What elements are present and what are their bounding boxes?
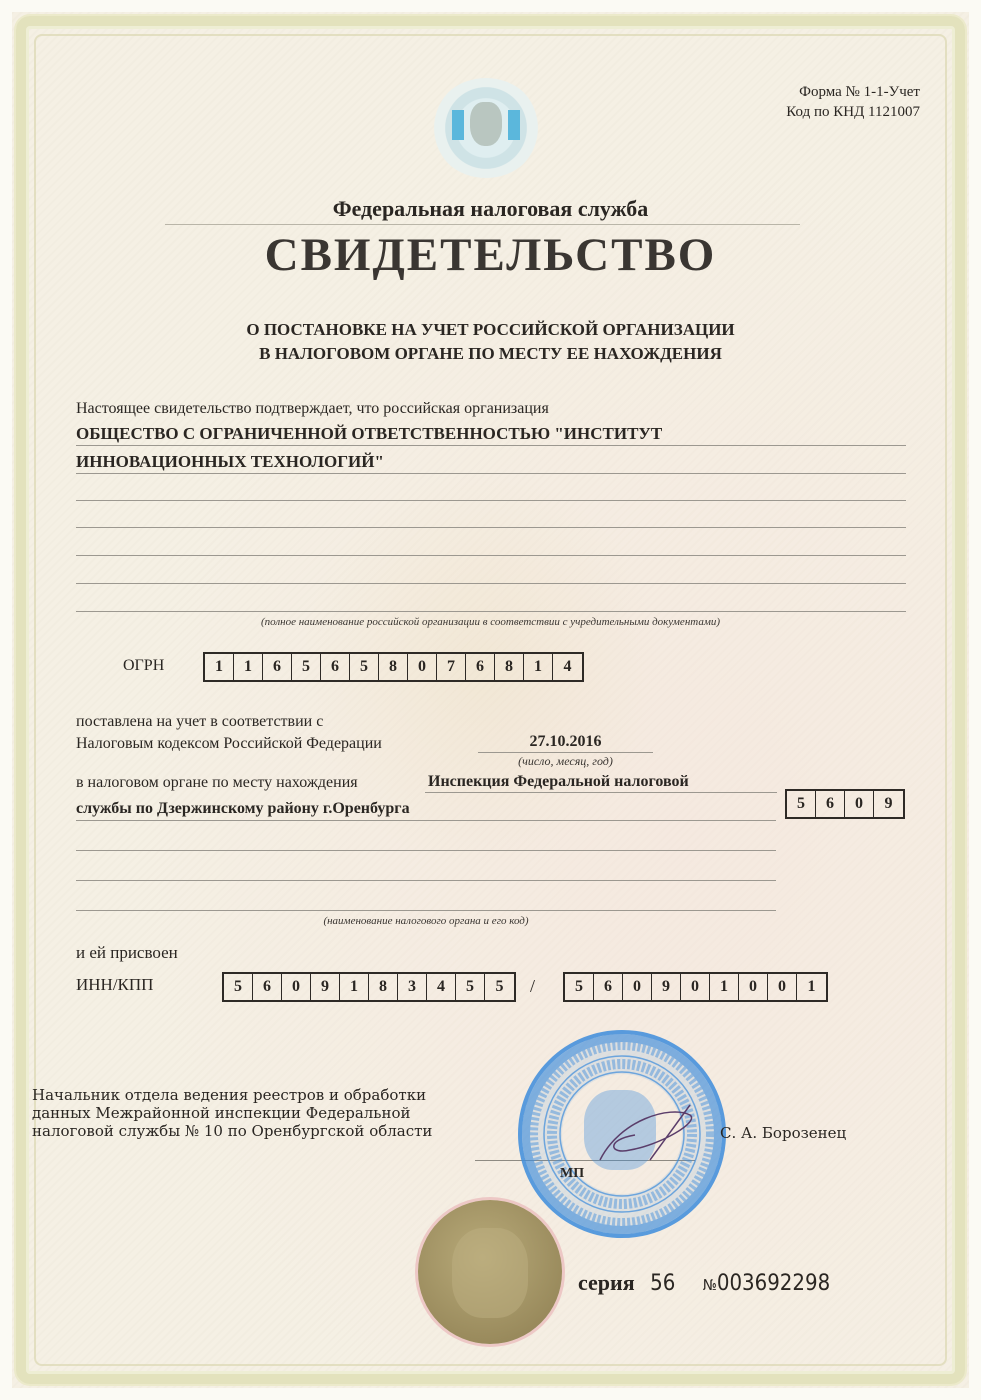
ogrn-digit-boxes: 1165658076814	[203, 652, 584, 682]
digit-cell: 6	[263, 654, 292, 680]
embossed-eagle-icon	[452, 1228, 528, 1318]
form-info: Форма № 1-1-Учет Код по КНД 1121007	[720, 82, 920, 122]
digit-cell: 0	[681, 974, 710, 1000]
digit-cell: 0	[739, 974, 768, 1000]
organization-name-line-1: ОБЩЕСТВО С ОГРАНИЧЕННОЙ ОТВЕТСТВЕННОСТЬЮ…	[76, 424, 662, 444]
digit-cell: 5	[350, 654, 379, 680]
inn-kpp-separator: /	[530, 976, 535, 997]
stamp-place-mark: МП	[560, 1166, 584, 1182]
position-line-3: налоговой службы № 10 по Оренбургской об…	[32, 1122, 432, 1140]
digit-cell: 5	[224, 974, 253, 1000]
digit-cell: 4	[427, 974, 456, 1000]
authority-name-line-2: службы по Дзержинскому району г.Оренбург…	[76, 800, 410, 818]
kpp-digit-boxes: 560901001	[563, 972, 828, 1002]
digit-cell: 3	[398, 974, 427, 1000]
form-line	[76, 473, 906, 474]
form-line	[76, 500, 906, 501]
form-line	[76, 910, 776, 911]
assigned-label: и ей присвоен	[76, 943, 178, 963]
digit-cell: 6	[594, 974, 623, 1000]
form-number: Форма № 1-1-Учет	[720, 82, 920, 102]
knd-code: Код по КНД 1121007	[720, 102, 920, 122]
digit-cell: 0	[845, 791, 874, 817]
digit-cell: 6	[816, 791, 845, 817]
signatory-name: С. А. Борозенец	[720, 1124, 846, 1142]
digit-cell: 5	[787, 791, 816, 817]
agency-divider	[165, 224, 800, 225]
digit-cell: 1	[205, 654, 234, 680]
digit-cell: 0	[408, 654, 437, 680]
digit-cell: 8	[369, 974, 398, 1000]
digit-cell: 8	[379, 654, 408, 680]
digit-cell: 0	[623, 974, 652, 1000]
hologram-stripe-right	[508, 110, 520, 140]
digit-cell: 6	[253, 974, 282, 1000]
signatory-position: Начальник отдела ведения реестров и обра…	[32, 1086, 432, 1140]
form-line	[425, 792, 777, 793]
digit-cell: 9	[652, 974, 681, 1000]
position-line-2: данных Межрайонной инспекции Федеральной	[32, 1104, 432, 1122]
form-line	[76, 445, 906, 446]
digit-cell: 9	[311, 974, 340, 1000]
digit-cell: 5	[565, 974, 594, 1000]
date-caption: (число, месяц, год)	[478, 754, 653, 769]
digit-cell: 6	[466, 654, 495, 680]
hologram-emblem-icon	[432, 78, 540, 178]
digit-cell: 5	[456, 974, 485, 1000]
registration-line-1: поставлена на учет в соответствии с	[76, 713, 323, 731]
digit-cell: 9	[874, 791, 903, 817]
date-line	[478, 752, 653, 753]
number-value: 003692298	[717, 1271, 830, 1296]
form-line	[76, 555, 906, 556]
hologram-stripe-left	[452, 110, 464, 140]
form-line	[76, 880, 776, 881]
digit-cell: 1	[710, 974, 739, 1000]
document-subtitle: О ПОСТАНОВКЕ НА УЧЕТ РОССИЙСКОЙ ОРГАНИЗА…	[0, 318, 981, 366]
form-line	[76, 527, 906, 528]
double-headed-eagle-icon	[470, 102, 502, 146]
gold-embossed-seal	[418, 1200, 562, 1344]
digit-cell: 5	[485, 974, 514, 1000]
serial-number: серия 56 №003692298	[578, 1270, 830, 1296]
agency-name: Федеральная налоговая служба	[0, 196, 981, 222]
digit-cell: 1	[524, 654, 553, 680]
authority-name-line-1: Инспекция Федеральной налоговой	[428, 773, 689, 791]
digit-cell: 0	[282, 974, 311, 1000]
digit-cell: 6	[321, 654, 350, 680]
series-label: серия	[578, 1270, 635, 1295]
digit-cell: 1	[234, 654, 263, 680]
authority-caption: (наименование налогового органа и его ко…	[76, 915, 776, 927]
ogrn-label: ОГРН	[123, 657, 164, 675]
digit-cell: 8	[495, 654, 524, 680]
digit-cell: 7	[437, 654, 466, 680]
form-line	[76, 850, 776, 851]
digit-cell: 1	[340, 974, 369, 1000]
organization-name-line-2: ИННОВАЦИОННЫХ ТЕХНОЛОГИЙ"	[76, 452, 384, 472]
inn-kpp-label: ИНН/КПП	[76, 975, 153, 995]
registration-date: 27.10.2016	[478, 733, 653, 751]
authority-code-boxes: 5609	[785, 789, 905, 819]
form-line	[76, 611, 906, 612]
organization-caption: (полное наименование российской организа…	[0, 616, 981, 628]
inn-digit-boxes: 5609183455	[222, 972, 516, 1002]
authority-intro: в налоговом органе по месту нахождения	[76, 774, 358, 792]
digit-cell: 0	[768, 974, 797, 1000]
number-prefix: №	[703, 1276, 717, 1294]
registration-line-2: Налоговым кодексом Российской Федерации	[76, 735, 382, 753]
digit-cell: 5	[292, 654, 321, 680]
position-line-1: Начальник отдела ведения реестров и обра…	[32, 1086, 432, 1104]
digit-cell: 1	[797, 974, 826, 1000]
series-value: 56	[650, 1271, 675, 1296]
subtitle-line-2: В НАЛОГОВОМ ОРГАНЕ ПО МЕСТУ ЕЕ НАХОЖДЕНИ…	[0, 342, 981, 366]
organization-intro: Настоящее свидетельство подтверждает, чт…	[76, 400, 549, 418]
form-line	[76, 583, 906, 584]
digit-cell: 4	[553, 654, 582, 680]
document-title: СВИДЕТЕЛЬСТВО	[0, 228, 981, 282]
subtitle-line-1: О ПОСТАНОВКЕ НА УЧЕТ РОССИЙСКОЙ ОРГАНИЗА…	[0, 318, 981, 342]
form-line	[76, 820, 776, 821]
handwritten-signature-icon	[590, 1100, 710, 1170]
